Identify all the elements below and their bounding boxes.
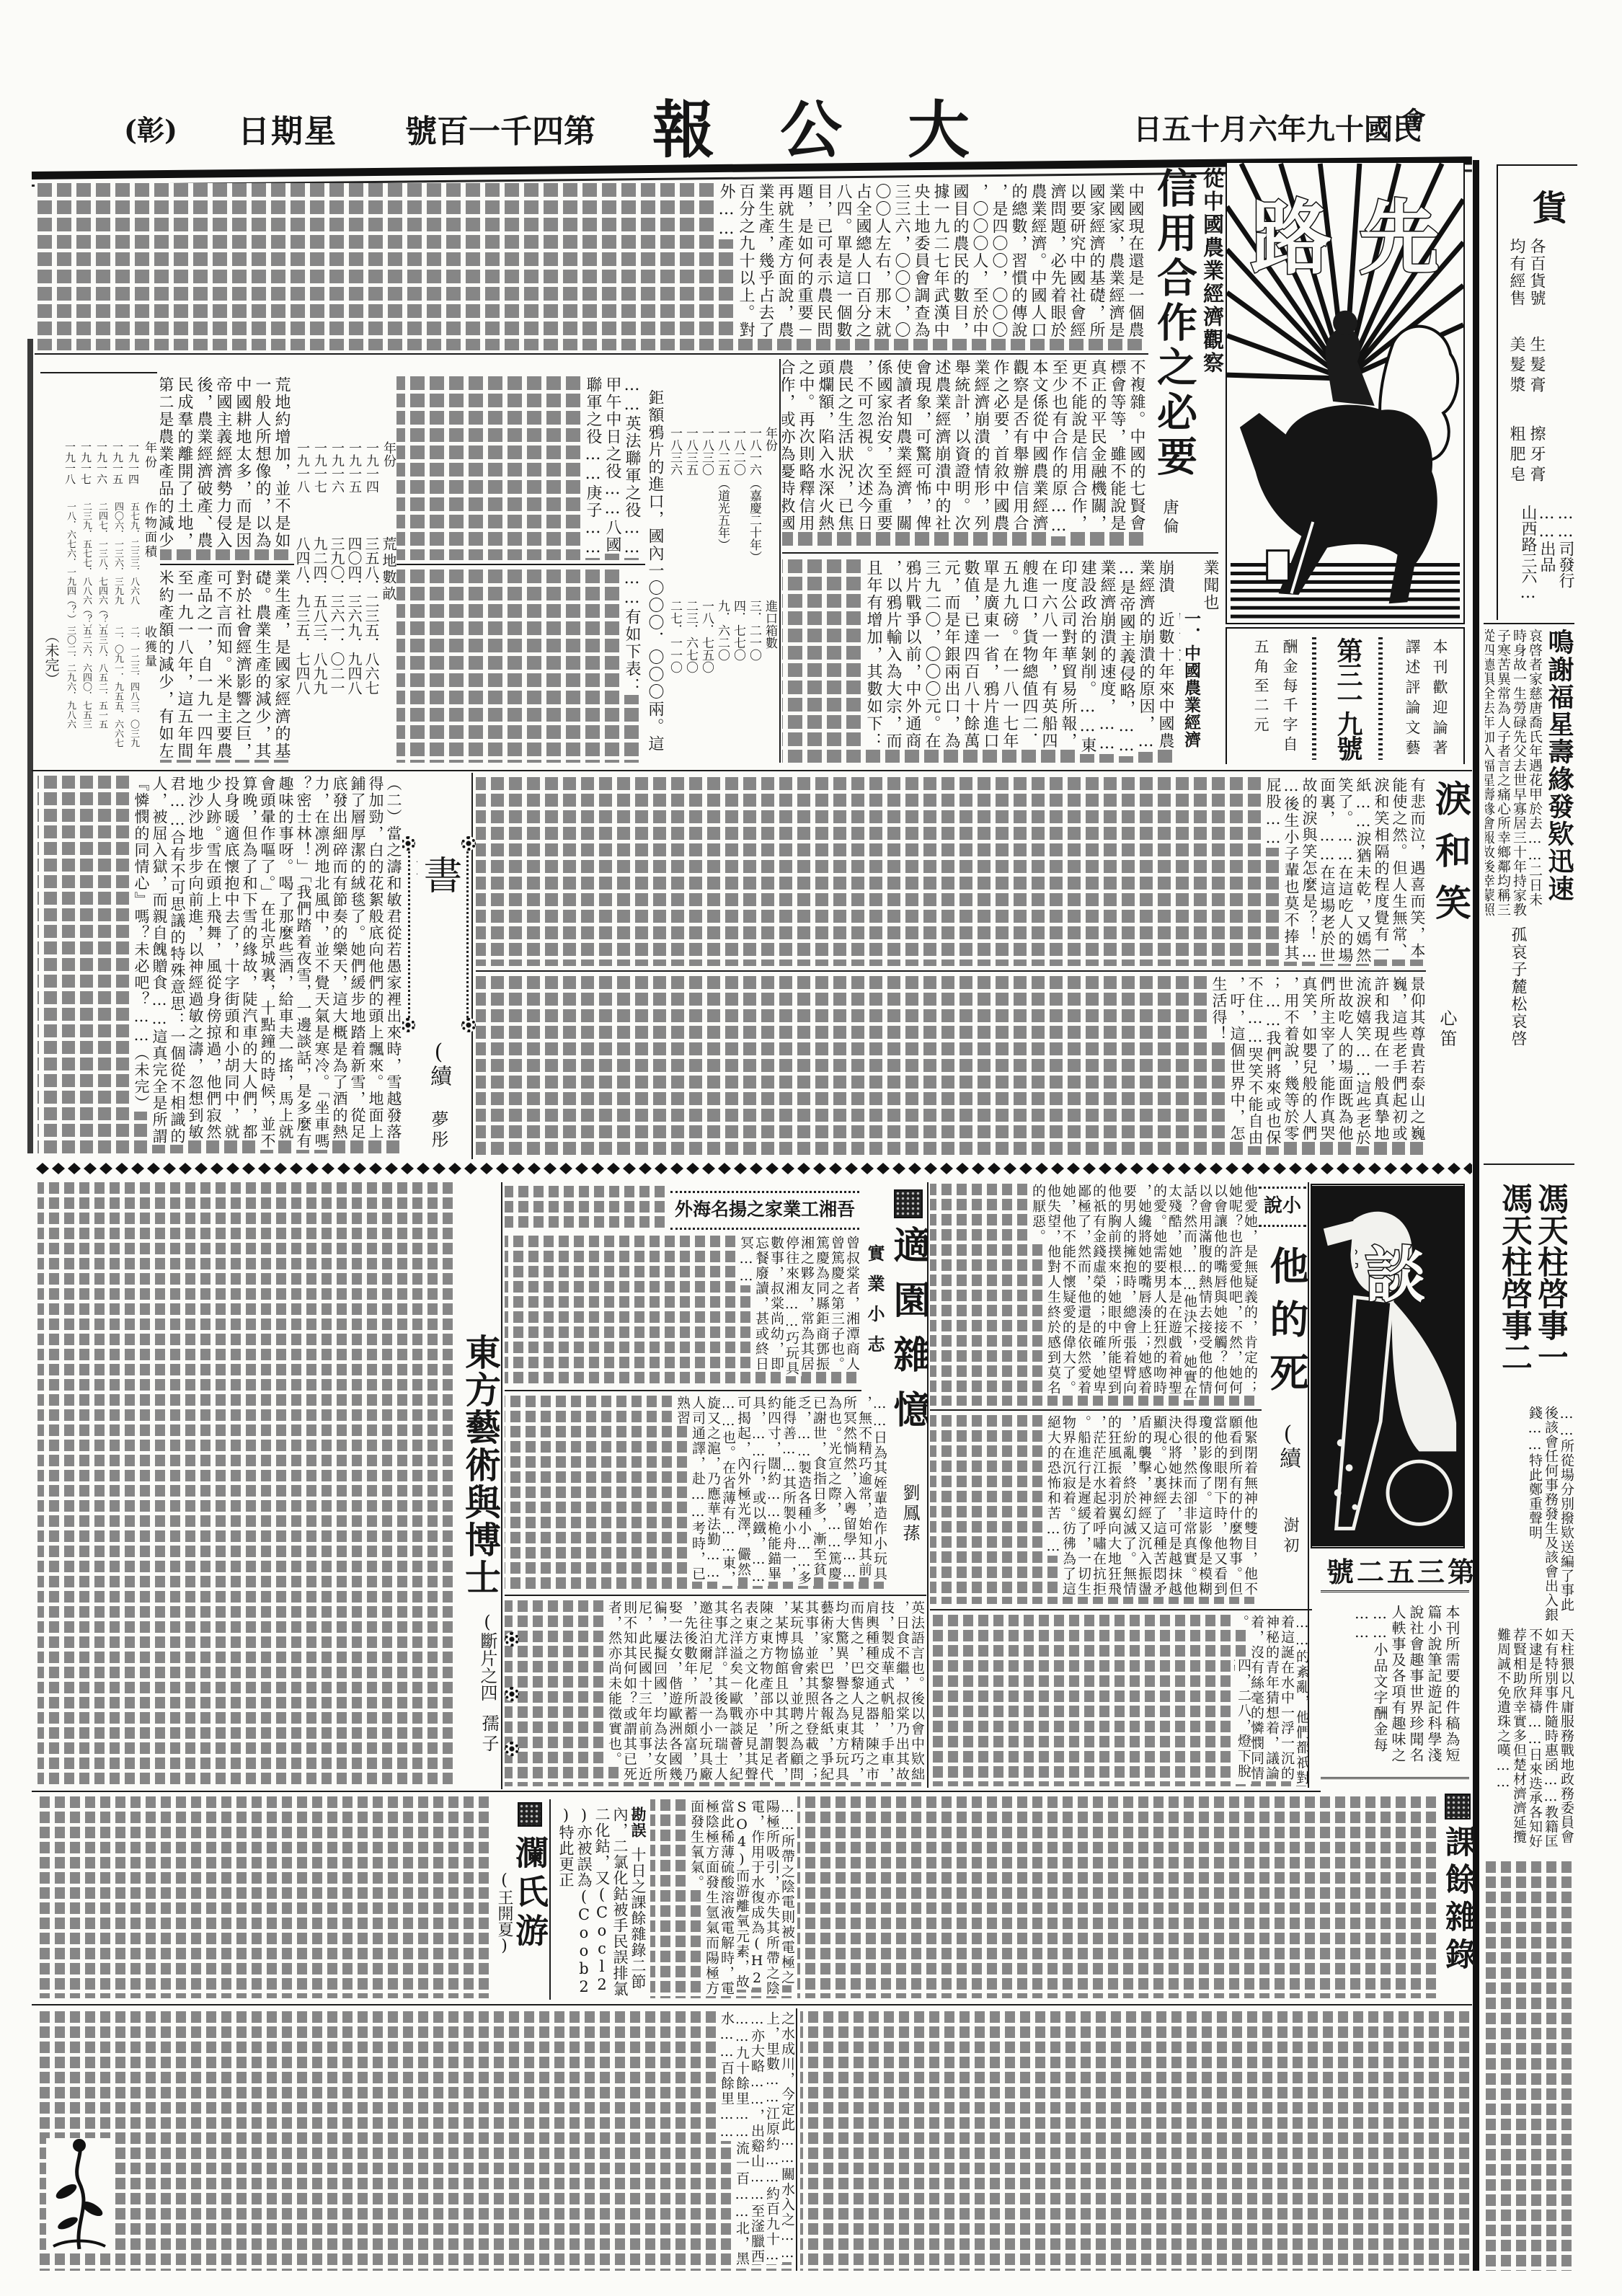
article-text: 他愛她，是無疑義的，肯定的；她呢？也許愛他吧，不然，她何以會讓他的嘴唇與她接觸？… (1028, 1184, 1257, 1400)
article-text: 中國現在還是一個農業國家，農業經濟是國家經濟的基礎，所以要研究中國社會經濟問題，… (715, 183, 1145, 339)
talk-column-banner: 談 薈 (1311, 1184, 1465, 1548)
article-text: 荒地約增加，並不是如一般人所想像的，以為中國耕地太多，而是因帝國主義經濟勢力侵入… (160, 376, 291, 549)
talk-banner-title-char: 薈 (1355, 1243, 1359, 1303)
band-divider (396, 564, 645, 565)
gear-ornament-icon (461, 1018, 476, 1032)
table-header-row: 年份作物面積收獲量 (141, 441, 157, 753)
table-row: 一九一五四〇六．一三六．三九九二．〇九一．九五五．六六七 (110, 441, 125, 753)
area-cell: 一八．六七六．一九四（？） (62, 502, 78, 626)
eastern-art-author: 孺子 (479, 1714, 499, 1758)
talk-banner-title: 談 薈 (1355, 1243, 1424, 1488)
eastern-art-title: 東方藝術與博士 (460, 1334, 500, 1603)
gear-ornament-icon (401, 836, 415, 851)
ad-divider (1484, 623, 1574, 624)
bookmark-continued: (續) (425, 1040, 451, 1104)
thanks-notice-text: 哀啓者家慈唐喬氏年遇花甲於去……二日未時身故一生勞碌先父去世早寡居三十年持家教子… (1485, 629, 1543, 917)
his-death-author: 澍初 (1280, 1517, 1299, 1567)
table-row: 一八三五二三．六七〇 (683, 427, 699, 686)
band-divider (930, 1609, 1312, 1610)
tears-laughter-text-lower: 景仰其尊貴若泰山之巍巍，這些老手們起初或許和我現在一般真摯地流淚嬉笑……這些老於… (476, 976, 1426, 1156)
yield-cell: 五二六．六四〇．七五三 (78, 626, 94, 747)
value-cell: 一八．七五〇 (699, 600, 714, 679)
value-cell: 八四八．九三五．七四八 (293, 536, 311, 717)
table-header-cell: 年份 (380, 441, 397, 536)
year-cell: 一九一七 (311, 441, 328, 536)
ad-divider (1484, 1163, 1574, 1165)
feng-notice-title-1: 馮天柱啓事一 (1533, 1182, 1567, 1399)
article-text: 有悲而泣，遇喜而笑，本能使之然。但人生無常、淚和笑相隔的程度覺有一紙……淚猶未乾… (1262, 777, 1426, 964)
note-cell: （嘉慶二十年） (746, 477, 762, 600)
article-body-left-text-2: 業生產，是國家經濟的基礎。農業生產的減少，其對於社會經濟影響之巨，可不言而知。米… (160, 569, 291, 763)
table-row: 一九一八一八．六七六．一九四（？）三〇二．二九六．九八六 (62, 441, 78, 753)
year-cell: 一八一六 (746, 427, 762, 477)
section-heading: 一．中國農業經濟的崩潰 (1179, 610, 1201, 765)
yield-cell: 五三八．八五二．五一五 (94, 626, 110, 747)
gear-ornament-icon (505, 1632, 519, 1646)
goods-product: 美髮漿 (1507, 336, 1525, 408)
goods-ad-footer: ……司發行 (1556, 505, 1574, 613)
section-ornament-icon (894, 1189, 923, 1218)
goods-ad-brand: 貨 (1533, 180, 1567, 230)
article-text: 他緊閉着無神的雙目，他不願看到所有的什麼物事。但當他的眼閉下時，他又看到瓊的影像… (1043, 1415, 1257, 1597)
shiyuan-author: 劉鳳蓀 (900, 1484, 920, 1556)
year-cell: 一九一四 (125, 441, 141, 502)
section-ornament-icon (518, 1802, 542, 1827)
wavy-divider (1312, 637, 1316, 760)
gear-ornament-icon (401, 1018, 415, 1032)
year-cell: 一八三〇 (699, 427, 714, 477)
table-header-cell: 進口箱數 (762, 600, 778, 679)
column-divider (779, 359, 781, 763)
masthead-char: 大 (908, 80, 970, 169)
bookmark-title-char: 書 (418, 855, 461, 979)
shiyuan-text-3: 英法語言也。後以會中欵絀，日食不繼，叔棠乃出其故技，製成華式帆船，手車，肩輿種種… (505, 1600, 924, 1786)
article-text: 之水成川，今定此……關水入之……上，里數……江原約……約百九十……亦大略……，出… (717, 2011, 794, 2266)
travel-title: 瀾氏游記 (513, 1835, 548, 1990)
issue-number: 第四千一百號 (405, 105, 595, 151)
his-death-text-2: 他緊閉着無神的雙目，他不願看到所有的什麼物事。但當他的眼閉下時，他又看到瓊的影像… (930, 1415, 1257, 1604)
masthead-emblem-icon: 會 (1401, 101, 1426, 136)
article-body-left-text-1: 荒地約增加，並不是如一般人所想像的，以為中國耕地太多，而是因帝國主義經濟勢力侵入… (160, 376, 291, 560)
fiction-label-text: 小說 (1264, 1195, 1301, 1217)
thanks-notice-title: 鳴謝福星壽緣發欵迅速 (1543, 629, 1574, 917)
wavy-divider (1378, 637, 1383, 760)
year-cell: 一九一七 (78, 441, 94, 502)
year-cell: 一九一五 (345, 441, 363, 536)
weekday: 星期日 (238, 105, 337, 151)
masthead: 大 公 報 (652, 85, 970, 164)
scan-margin-mark (27, 339, 33, 1153)
table-row: 一九一四五七九．二三三．八六八二．一二三．四八三．〇三九 (125, 441, 141, 753)
table-row: 一九一六二四七．一三八．七四六（？）五三八．八五二．五一五 (94, 441, 110, 753)
column-divider (471, 773, 473, 1159)
newspaper-page: (彰) 星期日 第四千一百號 大 公 報 民國十九年六月十五日 會 從中國農業經… (0, 0, 1622, 2296)
opium-intro-text: 鉅額鴉片的進口，國內一〇〇〇．〇〇〇兩。這鉅額…… (644, 389, 665, 758)
article-text: 業生產，是國家經濟的基礎。農業生產的減少，其對於社會經濟影響之巨，可不言而知。米… (160, 569, 291, 760)
value-cell: 三五八．二三五．八六七 (363, 536, 380, 717)
year-cell: 一九一五 (110, 441, 125, 502)
yield-cell: 二．〇九一．九五五．六六七 (110, 626, 125, 747)
gear-ornament-icon (505, 1742, 519, 1756)
feng-notice-text-2: 天柱猥以凡庸服務戰地政務委員會如有特別事件隨時惠函……教籍匡不逮是所拜禱……日來… (1485, 1628, 1574, 1853)
goods-ad-footer: 山西路三六…… (1518, 505, 1537, 613)
illustration-title-char: 先 (1359, 174, 1440, 290)
after-class-text-upper (797, 1796, 1439, 1998)
intro-ending: 業聞也。 (1200, 559, 1220, 617)
his-death-dateline: 四，二八，燈下脫稿 (1234, 1658, 1251, 1784)
band-divider (32, 1791, 1321, 1792)
shiyuan-label: 實業小志 (864, 1244, 885, 1374)
year-cell: 一九一六 (328, 441, 345, 536)
column-divider (549, 1799, 551, 2000)
notice-fee: 五角至二元 (1251, 639, 1270, 761)
opium-import-table: 年份進口箱數 一八一六（嘉慶二十年）三．二一〇 一八二〇四．七七〇 一八二五（道… (667, 427, 778, 686)
feng-notice-text-1: ……所從場分別撥欵送編了事此後該會任何事務發生及該會出入銀錢……特此鄭重聲明 (1485, 1406, 1574, 1622)
area-cell: 二四七．一三八．七四六（？） (94, 502, 110, 626)
notice-line: 本刊歡迎論著 (1430, 639, 1449, 761)
publication-date: 民國十九年六月十五日 (1133, 107, 1422, 148)
illustration-title: 先 路 (1237, 185, 1453, 278)
his-death-text-1: 他愛她，是無疑義的，肯定的；她呢？也許愛他吧，不然，她何以會讓他的嘴唇與她接觸？… (930, 1184, 1257, 1406)
value-cell: 四．七七〇 (730, 600, 746, 679)
errata-note: 勘誤十日之課餘雜錄二節內，二氯化鈷被手民誤排氯二化鈷，又(Cocl2)亦被誤為(… (555, 1807, 647, 1998)
year-cell: 一八二五 (714, 427, 730, 477)
table-row: 一八三六二七．一一〇 (667, 427, 683, 686)
travel-author: (王開夏) (495, 1871, 513, 1965)
bookmark-title-char: 簽 (417, 855, 420, 894)
floral-ornament-icon (46, 2138, 112, 2253)
year-cell: 一八二〇 (730, 427, 746, 477)
goods-product: 擦牙膏 (1527, 425, 1546, 497)
band-divider (782, 552, 1218, 554)
band-divider (476, 970, 1426, 972)
value-cell: 四〇四．三六九．九四八 (345, 536, 363, 717)
his-death-continued: (續) (1275, 1422, 1300, 1479)
value-cell: 九．六二〇 (714, 600, 730, 679)
table-row: 一九一七九二四．五八三．八九九 (311, 441, 328, 724)
year-cell: 一八三五 (683, 427, 699, 477)
after-class-title: 課餘雜錄 (1442, 1825, 1475, 1980)
goods-ad-line: 各百貨號 (1527, 238, 1546, 321)
goods-ad-line: 均有經售 (1507, 238, 1525, 321)
shiyuan-title: 適園雜憶 (890, 1225, 929, 1456)
value-cell: 二三．六七〇 (683, 600, 699, 679)
section-ornament-icon (1445, 1794, 1471, 1819)
article-text: 崩潰 近數十年來中國農業經濟的崩潰的原因，……是帝國主義侵略，……業經濟崩潰的速… (862, 559, 1175, 756)
article-kicker: 從中國農業經濟觀察 (1198, 167, 1226, 384)
bookmark-title: 書 簽 (417, 855, 461, 1021)
column-issue-number: 第三一九號 (1330, 637, 1365, 761)
article-text: ……英法聯軍之役……甲午中日之役……八國聯軍之役……庚子…… (582, 376, 642, 558)
gear-ornament-icon (505, 1687, 519, 1701)
goods-product: 粗肥皂 (1507, 425, 1525, 497)
tears-laughter-author: 心笛 (1436, 1009, 1458, 1060)
notice-fee: 酬金每千字自 (1280, 639, 1299, 761)
table-header-cell: 收獲量 (141, 626, 157, 747)
area-cell: 二三九．五七七．八八六（？） (78, 502, 94, 626)
article-text: （二）當之濤和敏君從若愚家裡出來時，雪越發落得加勁，白的花絮般底向他們的頭上飄來… (130, 776, 402, 1150)
year-cell: 一九一六 (94, 441, 110, 502)
goods-ad-footer: ……出品 (1537, 505, 1556, 613)
table-header-cell: 年份 (141, 441, 157, 502)
his-death-text-3: ……的紊亂，他們都祇對着這誕在水中一浮一沉的神秘的青年猜想着，議論着，沒有絲毫的… (930, 1615, 1309, 1786)
value-cell: 二七．一一〇 (667, 600, 683, 679)
band-divider (40, 372, 157, 373)
notice-line: 譯述評論文藝 (1403, 639, 1422, 761)
article-title: 信用合作之必要 (1151, 167, 1197, 492)
to-be-continued: （未完） (42, 629, 61, 693)
band-divider (930, 1409, 1262, 1411)
article-text: ……有如下表： (621, 569, 642, 695)
after-class-chemistry-text: ……所帶之陰電則被電極之陽極所吸引，亦失其所帶之陰電，作用于水復成為(H2SO4… (650, 1799, 794, 1998)
table-row: 一九一七二三九．五七七．八八六（？）五二六．六四〇．七五三 (78, 441, 94, 753)
table-row: 一八二五（道光五年）九．六二〇 (714, 427, 730, 686)
column-divider (501, 1182, 502, 1789)
shiyuan-text-2: ……日為其姪輩造作小玩具，無不精巧逾常，始知其前所冥然惝然，入粵留學……為也。光… (505, 1396, 887, 1590)
his-death-title: 他的死 (1267, 1246, 1308, 1416)
wasteland-table: 年份荒地數畝 一九一四三五八．二三五．八六七 一九一五四〇四．三六九．九四八 一… (292, 441, 397, 724)
table-header-row: 年份進口箱數 (762, 427, 778, 686)
band-divider (32, 2004, 1472, 2005)
article-text: 不複雜。中國的七賢會標會等等，雖不能說是真正的平民金融機關，更不能說是信用合作，… (782, 359, 1146, 536)
table-row: 一九一四三五八．二三五．八六七 (363, 441, 380, 724)
band-divider (35, 353, 1148, 355)
call-for-papers-text: 本刊所需要的件稿為短篇小說筆記遊記科學淺說社會趣事世界珍聞名人軼事及各項有趣味之… (1332, 1605, 1461, 1766)
article-text: ……所帶之陰電則被電極之陽極所吸引，亦失其所帶之陰電，作用于水復成為(H2SO4… (686, 1799, 794, 1996)
article-text: 曾叔棠者，湘潭商人曾篤慶之第三子也。篤慶為同縣鉅商鄧振湘之夥友，常為其居停往來湘… (736, 1236, 859, 1376)
value-cell: 九二四．五八三．八九九 (311, 536, 328, 717)
article-body-band-a: 中國現在還是一個農業國家，農業經濟是國家經濟的基礎，所以要研究中國社會經濟問題，… (35, 183, 1145, 350)
article-text: ……日為其姪輩造作小玩具，無不精巧逾常，始知其前所冥然惝然，入粵留學……為也。光… (673, 1396, 887, 1586)
table-row: 一八二〇四．七七〇 (730, 427, 746, 686)
shiyuan-text-top (505, 1186, 668, 1231)
table-header-cell: 年份 (762, 427, 778, 477)
errata-label: 勘誤 (629, 1807, 647, 1838)
value-cell: 三．二一〇 (746, 600, 762, 679)
eastern-art-subtitle: (斷片之四) (477, 1612, 497, 1706)
band-divider (505, 1390, 861, 1391)
fiction-label: 小說 (1259, 1187, 1306, 1227)
article-text: 英法語言也。後以會中欵絀，日食不繼，叔棠乃出其故技，製成華式帆船，手車，肩輿種種… (604, 1600, 924, 1782)
right-strip-lower-text (1484, 1861, 1574, 2271)
area-cell: 四〇六．一三六．三九九 (110, 502, 125, 626)
bookmark-text: （二）當之濤和敏君從若愚家裡出來時，雪越發落得加勁，白的花絮般底向他們的頭上飄來… (37, 776, 402, 1156)
article-body-left-lower: ……有如下表： (396, 569, 642, 763)
illustration-title-char: 路 (1251, 174, 1331, 290)
travel-text-lower: 之水成川，今定此……關水入之……上，里數……江原約……約百九十……亦大略……，出… (37, 2011, 794, 2271)
eastern-art-text (37, 1182, 456, 1786)
table-header-cell: 荒地數畝 (380, 536, 397, 717)
diamond-ornament-row (35, 1162, 1472, 1175)
table-row: 一九一五四〇四．三六九．九四八 (345, 441, 363, 724)
masthead-char: 公 (780, 80, 842, 169)
table-header-row: 年份荒地數畝 (380, 441, 397, 724)
band-divider (160, 564, 294, 565)
table-row: 一九一八八四八．九三五．七四八 (293, 441, 311, 724)
yield-cell: 二．一二三．四八三．〇三九 (125, 626, 141, 747)
tears-laughter-text-upper: 有悲而泣，遇喜而笑，本能使之然。但人生無常、淚和笑相隔的程度覺有一紙……淚猶未乾… (476, 777, 1426, 966)
year-cell: 一九一八 (293, 441, 311, 536)
table-row: 一九一六三九〇．三六一．〇二一 (328, 441, 345, 724)
shiyuan-text-1: 曾叔棠者，湘潭商人曾篤慶之第三子也。篤慶為同縣鉅商鄧振湘之夥友，常為其居停往來湘… (505, 1236, 859, 1386)
band-divider (32, 770, 1472, 771)
feng-notice-title-2: 馮天柱啓事二 (1497, 1182, 1531, 1399)
talk-issue-number: 第三五二號 (1326, 1550, 1478, 1590)
article-author: 唐倫 (1159, 499, 1179, 549)
masthead-char: 報 (652, 80, 714, 169)
year-cell: 一八三六 (667, 427, 683, 477)
column-divider (1308, 1182, 1309, 1788)
shiyuan-headline: 吾湘工業家之揚名海外 (675, 1199, 855, 1220)
article-body-band-c: 崩潰 近數十年來中國農業經濟的崩潰的原因，……是帝國主義侵略，……業經濟崩潰的速… (782, 559, 1175, 763)
bookmark-author: 夢彤 (428, 1110, 448, 1156)
shiyuan-headline-box: 吾湘工業家之揚名海外 (670, 1191, 859, 1230)
gear-ornament-icon (461, 836, 476, 851)
table-row: 一八三〇一八．七五〇 (699, 427, 714, 686)
article-text: 景仰其尊貴若泰山之巍巍，這些老手們起初或許和我現在一般真摯地流淚嬉笑……這些老於… (1208, 976, 1426, 1146)
article-body-left-upper: ……英法聯軍之役……甲午中日之役……八國聯軍之役……庚子…… (396, 376, 642, 560)
table-header-cell: 作物面積 (141, 502, 157, 626)
year-cell: 一九一四 (363, 441, 380, 536)
note-cell: （道光五年） (714, 477, 730, 600)
band-divider (505, 1595, 926, 1596)
article-body-band-b: 不複雜。中國的七賢會標會等等，雖不能說是真正的平民金融機關，更不能說是信用合作，… (782, 359, 1146, 548)
goods-product: 生髮膏 (1527, 336, 1546, 408)
column-divider (796, 2008, 797, 2271)
pioneer-illustration: 先 路 (1226, 161, 1465, 624)
area-cell: 五七九．二三三．八六八 (125, 502, 141, 626)
table-row: 一八一六（嘉慶二十年）三．二一〇 (746, 427, 762, 686)
page-number: (彰) (124, 108, 177, 148)
value-cell: 三九〇．三六一．〇二一 (328, 536, 345, 717)
crop-table: 年份作物面積收獲量 一九一四五七九．二三三．八六八二．一二三．四八三．〇三九 一… (61, 441, 157, 753)
yield-cell: 三〇二．二九六．九八六 (62, 626, 78, 747)
travel-text-upper (37, 1796, 492, 1998)
tears-laughter-title: 淚和笑 (1430, 780, 1471, 946)
talk-banner-title-char: 談 (1357, 1243, 1424, 1445)
after-class-text-lower (800, 2011, 1472, 2271)
year-cell: 一九一八 (62, 441, 78, 502)
thanks-notice-signature: 孤哀子麓松哀啓 (1508, 926, 1527, 1049)
